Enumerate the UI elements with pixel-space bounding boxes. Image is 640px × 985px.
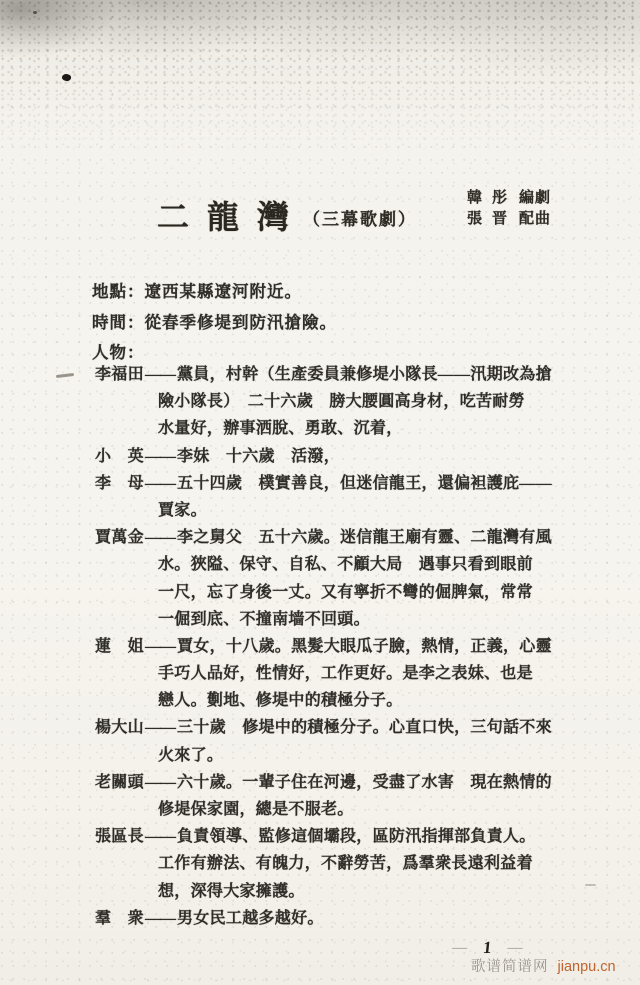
- character-list: 李福田 —— 黨員，村幹（生產委員兼修堤小隊長——汛期改為搶 險小隊長） 二十六…: [95, 361, 565, 932]
- character-description-continued: 修堤保家園，總是不服老。: [158, 796, 565, 823]
- name-dash: ——: [145, 470, 177, 497]
- title-subtitle: （三幕歌劇）: [303, 210, 417, 229]
- meta-row: 時間：從春季修堤到防汛搶險。: [92, 308, 337, 339]
- credit-role: 配曲: [519, 209, 551, 230]
- name-dash: ——: [145, 633, 177, 660]
- credit-role: 編劇: [519, 188, 551, 209]
- edge-smudge: [585, 884, 596, 886]
- character-description-continued: 賈家。: [158, 497, 565, 524]
- character-description-continued: 一尺，忘了身後一丈。又有寧折不彎的倔脾氣，常常: [158, 579, 565, 606]
- character-entry-first-line: 小 英 —— 李妹 十六歲 活潑，: [95, 443, 565, 470]
- page-number-left-dash: —: [452, 940, 467, 957]
- character-entry-first-line: 李福田 —— 黨員，村幹（生產委員兼修堤小隊長——汛期改為搶: [95, 361, 565, 388]
- character-description: 賈女，十八歲。黑髮大眼瓜子臉，熱情，正義，心靈: [177, 633, 552, 660]
- watermark-site-name: 歌谱简谱网: [471, 959, 549, 975]
- character-entry-first-line: 蓮 姐 —— 賈女，十八歲。黑髮大眼瓜子臉，熱情，正義，心靈: [95, 633, 565, 660]
- character-entry: 蓮 姐 —— 賈女，十八歲。黑髮大眼瓜子臉，熱情，正義，心靈 手巧人品好，性情好…: [95, 633, 565, 715]
- character-description-continued: 戀人。劐地、修堤中的積極分子。: [158, 687, 565, 714]
- name-dash: ——: [145, 769, 177, 796]
- meta-label: 人物：: [92, 343, 145, 362]
- pencil-mark: [56, 373, 74, 378]
- scan-noise-band: [0, 0, 640, 160]
- character-description: 男女民工越多越好。: [177, 905, 324, 932]
- character-description-continued: 一倔到底、不撞南墙不回頭。: [158, 606, 565, 633]
- meta-text: 遼西某縣遼河附近。: [145, 282, 303, 301]
- name-dash: ——: [145, 361, 177, 388]
- ink-blot: [61, 73, 72, 82]
- name-dash: ——: [145, 524, 177, 551]
- name-dash: ——: [145, 823, 177, 850]
- credit-row: 張 晋 配曲: [467, 209, 551, 230]
- character-entry-first-line: 李 母 —— 五十四歲 樸實善良，但迷信龍王，還偏袒護庇——: [95, 470, 565, 497]
- character-description-continued: 火來了。: [158, 742, 565, 769]
- character-entry: 賈萬金 —— 李之舅父 五十六歲。迷信龍王廟有靈、二龍灣有風 水。狹隘、保守、自…: [95, 524, 565, 633]
- character-description: 三十歲 修堤中的積極分子。心直口快，三句話不來: [177, 714, 552, 741]
- character-entry: 羣 衆 —— 男女民工越多越好。: [95, 905, 565, 932]
- character-entry: 李 母 —— 五十四歲 樸實善良，但迷信龍王，還偏袒護庇—— 賈家。: [95, 470, 565, 524]
- character-description: 李妹 十六歲 活潑，: [177, 443, 340, 470]
- character-entry: 李福田 —— 黨員，村幹（生產委員兼修堤小隊長——汛期改為搶 險小隊長） 二十六…: [95, 361, 565, 443]
- character-name: 小 英: [95, 443, 145, 470]
- character-entry: 楊大山 —— 三十歲 修堤中的積極分子。心直口快，三句話不來 火來了。: [95, 714, 565, 768]
- credit-given-name: 晋: [492, 209, 519, 230]
- name-dash: ——: [145, 714, 177, 741]
- character-description-continued: 想，深得大家擁護。: [158, 878, 565, 905]
- watermark: 歌谱简谱网 jianpu.cn: [471, 955, 616, 976]
- character-entry-first-line: 楊大山 —— 三十歲 修堤中的積極分子。心直口快，三句話不來: [95, 714, 565, 741]
- character-description: 負責領導、監修這個壩段，區防汛指揮部負責人。: [177, 823, 536, 850]
- name-dash: ——: [145, 905, 177, 932]
- name-dash: ——: [145, 443, 177, 470]
- character-description: 五十四歲 樸實善良，但迷信龍王，還偏袒護庇——: [177, 470, 552, 497]
- page-title: 二龍灣: [157, 199, 307, 235]
- character-name: 楊大山: [95, 714, 145, 741]
- character-entry: 張區長 —— 負責領導、監修這個壩段，區防汛指揮部負責人。 工作有辦法、有魄力，…: [95, 823, 565, 905]
- character-name: 李 母: [95, 470, 145, 497]
- character-entry-first-line: 羣 衆 —— 男女民工越多越好。: [95, 905, 565, 932]
- meta-text: 從春季修堤到防汛搶險。: [145, 313, 338, 332]
- character-name: 賈萬金: [95, 524, 145, 551]
- character-name: 老關頭: [95, 769, 145, 796]
- character-description: 黨員，村幹（生產委員兼修堤小隊長——汛期改為搶: [177, 361, 552, 388]
- meta-block: 地點：遼西某縣遼河附近。 時間：從春季修堤到防汛搶險。 人物：: [92, 277, 337, 369]
- character-description-continued: 手巧人品好，性情好，工作更好。是李之表妹、也是: [158, 660, 565, 687]
- scanned-page: 二龍灣（三幕歌劇） 韓 彤 編劇 張 晋 配曲 地點：遼西某縣遼河附近。 時間：…: [0, 0, 640, 985]
- character-description: 六十歲。一輩子住在河邊，受盡了水害 現在熱情的: [177, 769, 552, 796]
- character-description-continued: 險小隊長） 二十六歲 膀大腰圓高身材，吃苦耐勞: [158, 388, 565, 415]
- character-description: 李之舅父 五十六歲。迷信龍王廟有靈、二龍灣有風: [177, 524, 552, 551]
- character-name: 李福田: [95, 361, 145, 388]
- character-name: 張區長: [95, 823, 145, 850]
- meta-label: 地點：: [92, 282, 145, 301]
- credit-given-name: 彤: [492, 188, 519, 209]
- character-description-continued: 水量好，辦事洒脫、勇敢、沉着，: [158, 415, 565, 442]
- watermark-url: jianpu.cn: [558, 959, 616, 975]
- meta-label: 時間：: [92, 313, 145, 332]
- ink-speck: [33, 11, 37, 14]
- character-description-continued: 水。狹隘、保守、自私、不顧大局 遇事只看到眼前: [158, 551, 565, 578]
- character-description-continued: 工作有辦法、有魄力，不辭勞苦，爲羣衆長遠利益着: [158, 850, 565, 877]
- character-entry-first-line: 賈萬金 —— 李之舅父 五十六歲。迷信龍王廟有靈、二龍灣有風: [95, 524, 565, 551]
- credit-surname: 韓: [467, 188, 492, 209]
- page-number-right-dash: —: [508, 940, 523, 957]
- character-name: 蓮 姐: [95, 633, 145, 660]
- character-entry: 小 英 —— 李妹 十六歲 活潑，: [95, 443, 565, 470]
- credit-surname: 張: [467, 209, 492, 230]
- credits-block: 韓 彤 編劇 張 晋 配曲: [467, 188, 551, 230]
- credit-row: 韓 彤 編劇: [467, 188, 551, 209]
- title-block: 二龍灣（三幕歌劇）: [157, 192, 417, 238]
- character-entry: 老關頭 —— 六十歲。一輩子住在河邊，受盡了水害 現在熱情的 修堤保家園，總是不…: [95, 769, 565, 823]
- character-entry-first-line: 張區長 —— 負責領導、監修這個壩段，區防汛指揮部負責人。: [95, 823, 565, 850]
- character-entry-first-line: 老關頭 —— 六十歲。一輩子住在河邊，受盡了水害 現在熱情的: [95, 769, 565, 796]
- character-name: 羣 衆: [95, 905, 145, 932]
- meta-row: 地點：遼西某縣遼河附近。: [92, 277, 337, 308]
